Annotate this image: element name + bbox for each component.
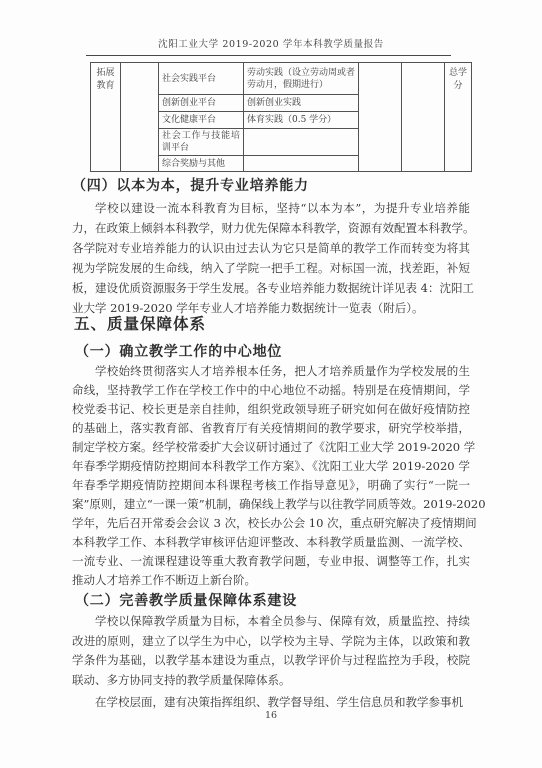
table-cell-platform: 创新创业平台	[159, 95, 244, 112]
table-cell-content: 创新创业实践	[244, 95, 359, 112]
text-line: 学校始终贯彻落实人才培养根本任务，把人才培养质量作为学校发展的生	[72, 362, 470, 381]
table-cell-platform: 社会工作与技能培训平台	[159, 129, 244, 156]
text-line: 力，在政策上倾斜本科教学，财力优先保障本科教学，资源有效配置本科教学。	[72, 218, 470, 238]
running-header-title: 沈阳工业大学 2019-2020 学年本科教学质量报告	[0, 36, 542, 50]
text-line: 学校以保障教学质量为目标，本着全员参与、保障有效，质量监控、持续	[72, 612, 470, 632]
text-line: 推动人才培养工作不断迈上新台阶。	[72, 571, 470, 590]
text-line: 校党委书记、校长更是亲自挂帅，组织党政领导班子研究如何在做好疫情防控	[72, 400, 470, 419]
section-heading-4: （四）以本为本，提升专业培养能力	[72, 175, 309, 195]
text-line: 命线，坚持教学工作在学校工作中的中心地位不动摇。特别是在疫情期间，学	[72, 381, 470, 400]
table-cell-content	[244, 129, 359, 156]
table-cell-category: 拓展教育	[91, 63, 121, 172]
page-number: 16	[0, 710, 542, 721]
table-cell-platform: 文化健康平台	[159, 112, 244, 129]
text-line: 学条件为基础，以教学基本建设为重点，以教学评价与过程监控为手段，校院	[72, 651, 470, 671]
running-header-rule	[86, 55, 451, 56]
text-line: 视为学院发展的生命线，纳入了学院一把手工程。对标国一流，找差距，补短	[72, 258, 470, 278]
text-line: 案”原则，建立“一课一策”机制，确保线上教学与以往教学同质等效。2019-202…	[72, 495, 470, 514]
text-line: 联动、多方协同支持的教学质量保障体系。	[72, 671, 470, 691]
paragraph-s5-1: 学校始终贯彻落实人才培养根本任务，把人才培养质量作为学校发展的生命线，坚持教学工…	[72, 362, 470, 590]
text-line: 各学院对专业培养能力的认识由过去认为它只是简单的教学工作而转变为将其	[72, 238, 470, 258]
text-line: 制定学校方案。经学校常委扩大会议研讨通过了《沈阳工业大学 2019-2020 学	[72, 438, 470, 457]
text-line: 年春季学期疫情防控期间本科教学工作方案》、《沈阳工业大学 2019-2020 学	[72, 457, 470, 476]
text-line: 改进的原则，建立了以学生为中心，以学校为主导、学院为主体，以政策和教	[72, 632, 470, 652]
text-line: 学校以建设一流本科教育为目标，坚持“以本为本”，为提升专业培养能	[72, 198, 470, 218]
table-cell-empty	[121, 63, 159, 172]
text-line: 一流专业、一流课程建设等重大教育教学问题，专业申报、调整等工作，扎实	[72, 552, 470, 571]
document-page: 沈阳工业大学 2019-2020 学年本科教学质量报告 拓展教育 社会实践平台 …	[0, 0, 542, 768]
table-cell-empty	[359, 63, 402, 172]
paragraph-s5-2-a: 学校以保障教学质量为目标，本着全员参与、保障有效，质量监控、持续改进的原则，建立…	[72, 612, 470, 690]
text-line: 板，建设优质资源服务于学生发展。各专业培养能力数据统计详见表 4：沈阳工	[72, 278, 470, 298]
table-cell-content: 体育实践（0.5 学分）	[244, 112, 359, 129]
table-cell-platform: 社会实践平台	[159, 63, 244, 95]
section-heading-5-2: （二）完善教学质量保障体系建设	[75, 590, 297, 610]
text-line: 年春季学期疫情防控期间本科课程考核工作指导意见》，明确了实行“一院一	[72, 476, 470, 495]
section-heading-5-1: （一）确立教学工作的中心地位	[75, 341, 282, 361]
table-cell-content	[244, 156, 359, 172]
table-row: 拓展教育 社会实践平台 劳动实践（设立劳动周或者劳动月，假期进行） 总学分	[91, 63, 472, 95]
text-line: 本科教学工作、本科教学审核评估迎评整改、本科教学质量监测、一流学校、	[72, 533, 470, 552]
table-cell-content: 劳动实践（设立劳动周或者劳动月，假期进行）	[244, 63, 359, 95]
table-cell-platform: 综合奖励与其他	[159, 156, 244, 172]
extended-education-table: 拓展教育 社会实践平台 劳动实践（设立劳动周或者劳动月，假期进行） 总学分 创新…	[90, 62, 472, 172]
text-line: 的基础上，落实教育部、省教育厅有关疫情期间的教学要求，研究学校举措，	[72, 419, 470, 438]
table-cell-empty	[402, 63, 445, 172]
chapter-heading-5: 五、质量保障体系	[74, 312, 206, 334]
paragraph-s4: 学校以建设一流本科教育为目标，坚持“以本为本”，为提升专业培养能力，在政策上倾斜…	[72, 198, 470, 318]
table-cell-total-credits: 总学分	[445, 63, 472, 172]
text-line: 学年，先后召开常委会会议 3 次，校长办公会 10 次，重点研究解决了疫情期间	[72, 514, 470, 533]
